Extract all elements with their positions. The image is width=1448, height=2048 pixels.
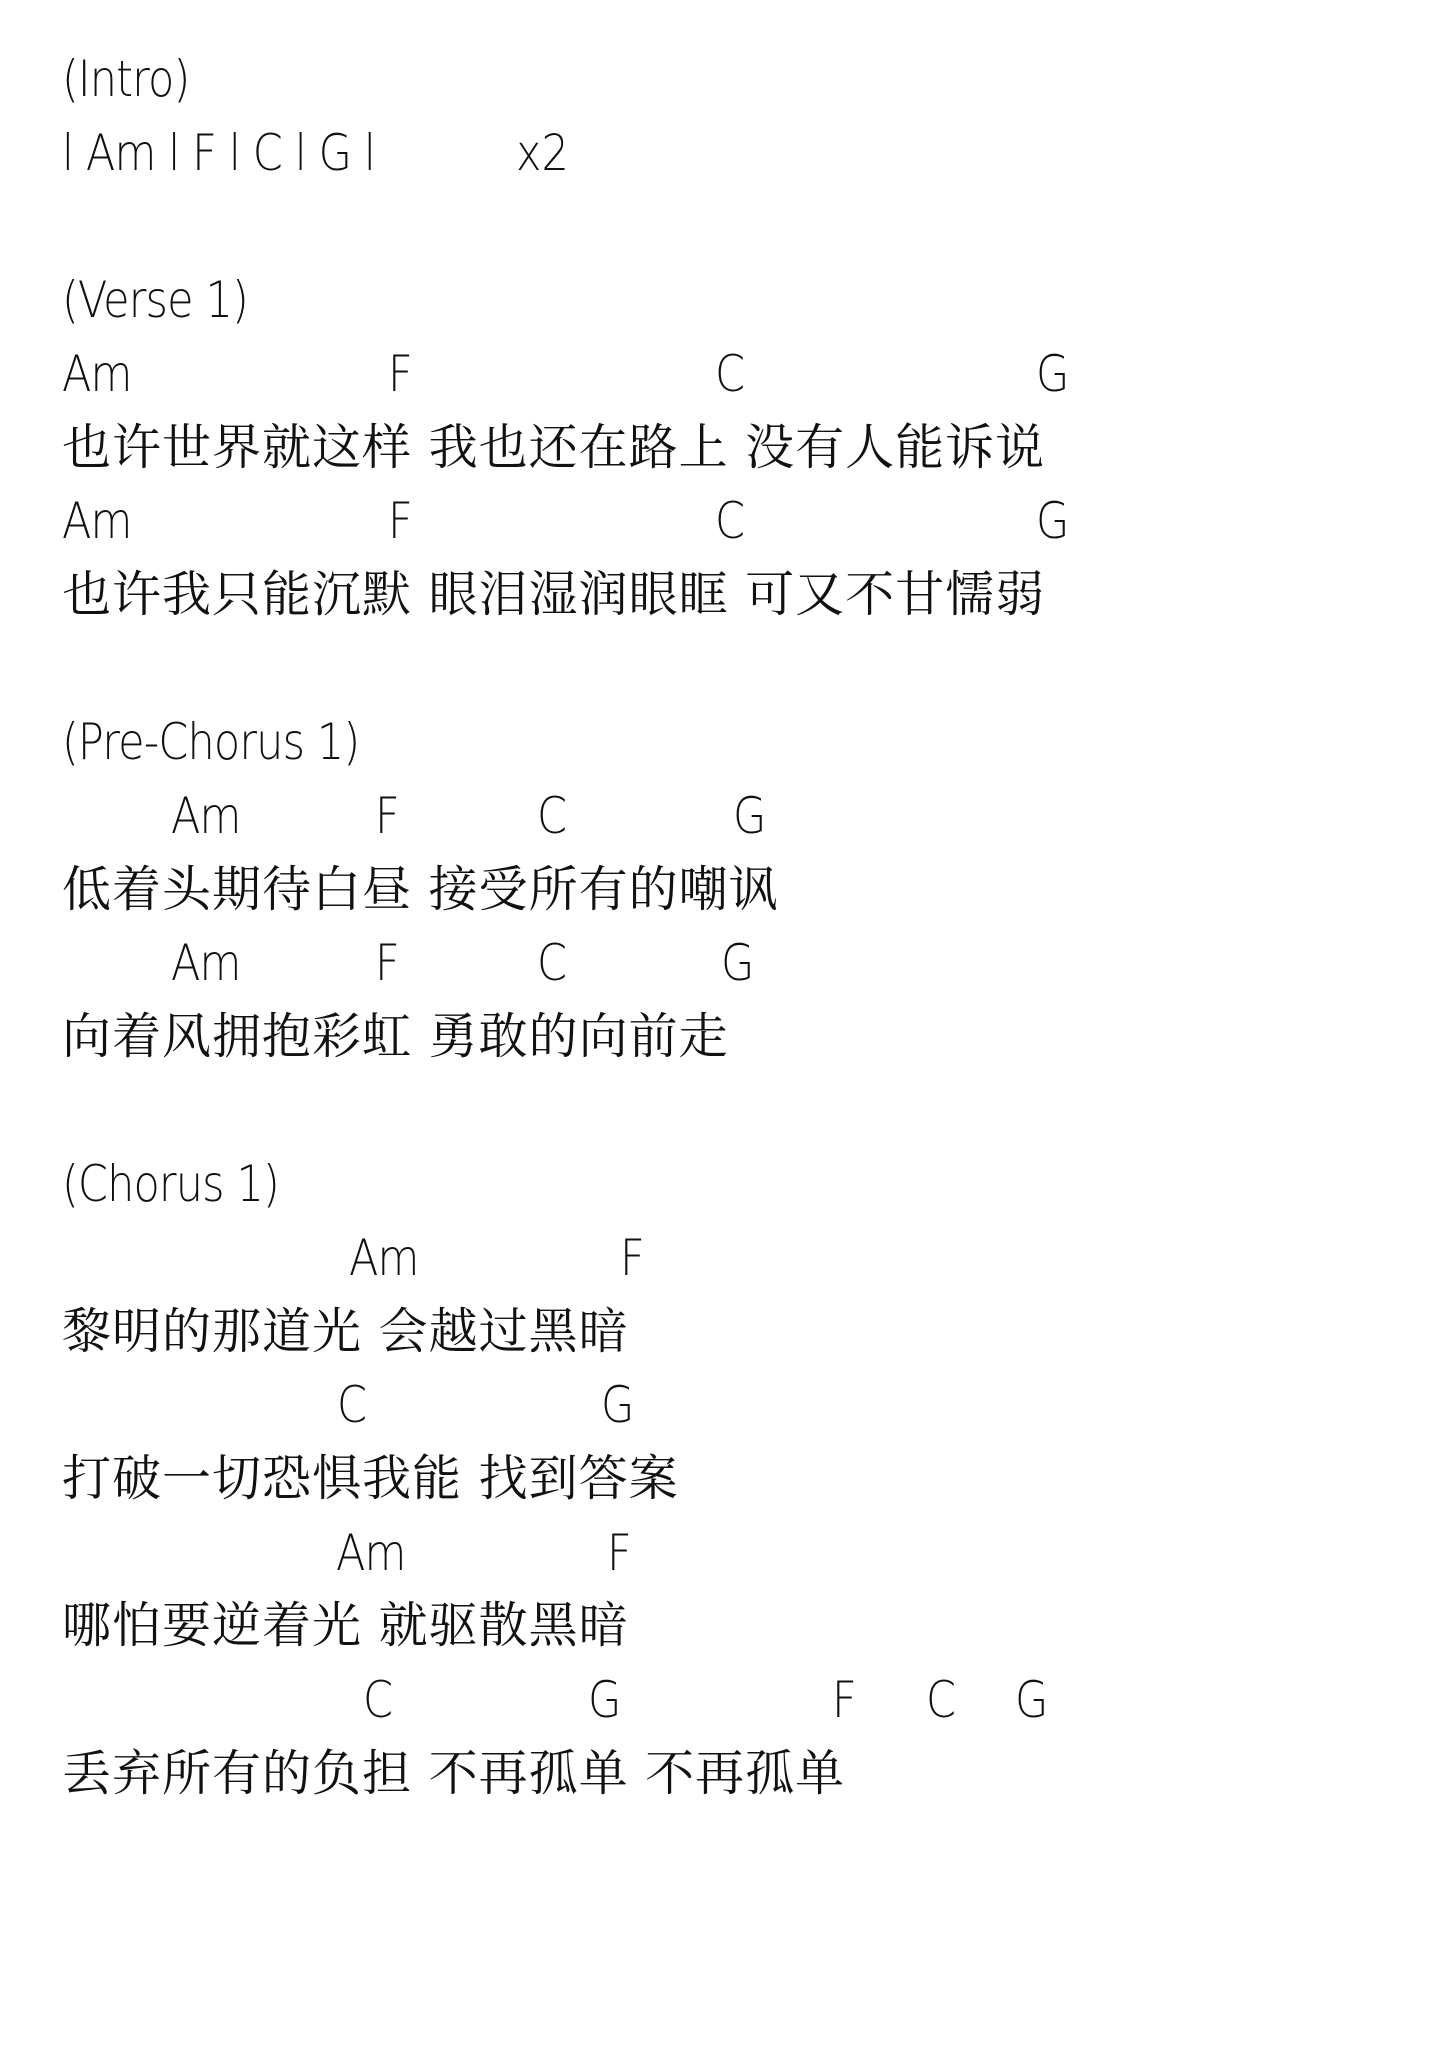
chord: F [607, 1516, 631, 1590]
lyric-row: 向着风拥抱彩虹 勇敢的向前走 [0, 1000, 1448, 1074]
chorus1-section-label-row: (Chorus 1) [0, 1147, 1448, 1221]
prechorus1-section-label-row: (Pre-Chorus 1) [0, 705, 1448, 779]
lyric-row: 低着头期待白昼 接受所有的嘲讽 [0, 853, 1448, 927]
chord-row: Am F C G [0, 484, 1448, 558]
chord: Am [171, 926, 241, 1000]
chord: G [721, 926, 753, 1000]
chord: G [1036, 337, 1068, 411]
intro-progression: l Am l F l C l G l [62, 116, 375, 190]
lyric-line: 低着头期待白昼 接受所有的嘲讽 [62, 853, 779, 927]
chord-row: Am F C G [0, 779, 1448, 853]
lyric-line: 丢弃所有的负担 不再孤单 不再孤单 [62, 1737, 845, 1811]
lyric-row: 也许我只能沉默 眼泪湿润眼眶 可又不甘懦弱 [0, 558, 1448, 632]
lyric-line: 黎明的那道光 会越过黑暗 [62, 1295, 629, 1369]
chord: F [832, 1663, 856, 1737]
lyric-line: 也许我只能沉默 眼泪湿润眼眶 可又不甘懦弱 [62, 558, 1045, 632]
chord: F [388, 484, 412, 558]
chord: Am [62, 484, 132, 558]
lyric-row: 哪怕要逆着光 就驱散黑暗 [0, 1589, 1448, 1663]
chord: Am [336, 1516, 406, 1590]
section-label-intro: (Intro) [62, 42, 189, 116]
verse1-section-label-row: (Verse 1) [0, 263, 1448, 337]
lyric-line: 打破一切恐惧我能 找到答案 [62, 1442, 679, 1516]
lyric-row: 丢弃所有的负担 不再孤单 不再孤单 [0, 1737, 1448, 1811]
chord-row: Am F C G [0, 337, 1448, 411]
chord-row: Am F [0, 1221, 1448, 1295]
lyric-line: 哪怕要逆着光 就驱散黑暗 [62, 1589, 629, 1663]
intro-repeat-count: x2 [516, 116, 569, 190]
chord: G [1015, 1663, 1047, 1737]
intro-progression-row: l Am l F l C l G l x2 [0, 116, 1448, 190]
chord: C [537, 926, 566, 1000]
chord: F [375, 779, 399, 853]
chord: F [388, 337, 412, 411]
chord: G [588, 1663, 620, 1737]
chord: G [601, 1368, 633, 1442]
chord: F [375, 926, 399, 1000]
lyric-line: 也许世界就这样 我也还在路上 没有人能诉说 [62, 411, 1045, 485]
lyric-line: 向着风拥抱彩虹 勇敢的向前走 [62, 1000, 729, 1074]
chord: C [715, 484, 744, 558]
chord: G [733, 779, 765, 853]
chord-row: Am F C G [0, 926, 1448, 1000]
chord: Am [62, 337, 132, 411]
chord: F [620, 1221, 644, 1295]
chord-row: C G F C G [0, 1663, 1448, 1737]
chord: Am [349, 1221, 419, 1295]
chord-row: C G [0, 1368, 1448, 1442]
lyric-row: 打破一切恐惧我能 找到答案 [0, 1442, 1448, 1516]
chord-row: Am F [0, 1516, 1448, 1590]
section-label-verse1: (Verse 1) [62, 263, 248, 337]
chord: C [537, 779, 566, 853]
chord: C [926, 1663, 955, 1737]
chord: Am [171, 779, 241, 853]
section-label-chorus1: (Chorus 1) [62, 1147, 279, 1221]
lyric-row: 也许世界就这样 我也还在路上 没有人能诉说 [0, 411, 1448, 485]
lyric-row: 黎明的那道光 会越过黑暗 [0, 1295, 1448, 1369]
chord: C [337, 1368, 366, 1442]
intro-section-label-row: (Intro) [0, 42, 1448, 116]
chord: C [715, 337, 744, 411]
chord: G [1036, 484, 1068, 558]
chord: C [363, 1663, 392, 1737]
section-label-prechorus1: (Pre-Chorus 1) [62, 705, 359, 779]
chord-sheet-page: (Intro) l Am l F l C l G l x2 (Verse 1) … [0, 0, 1448, 2048]
